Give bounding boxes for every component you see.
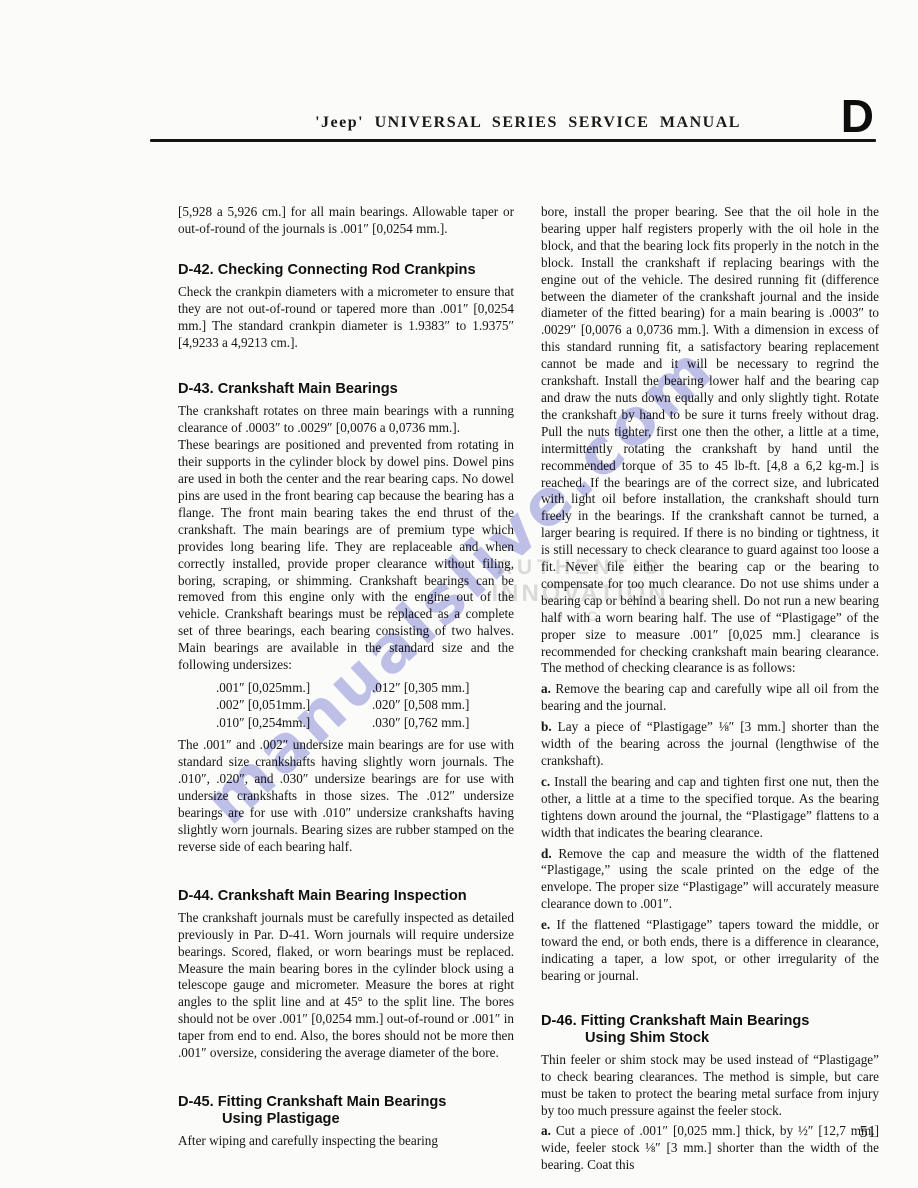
section-heading-d43: D-43. Crankshaft Main Bearings (178, 381, 514, 398)
text-columns: [5,928 a 5,926 cm.] for all main bearing… (178, 204, 879, 1174)
section-heading-d44: D-44. Crankshaft Main Bearing Inspection (178, 888, 514, 905)
intro-paragraph: [5,928 a 5,926 cm.] for all main bearing… (178, 204, 514, 238)
paragraph-d43-3: The .001″ and .002″ undersize main beari… (178, 737, 514, 855)
step-label: a. (541, 681, 551, 696)
step-label: e. (541, 917, 550, 932)
step-text: Install the bearing and cap and tighten … (541, 774, 879, 840)
continued-paragraph: bore, install the proper bearing. See th… (541, 204, 879, 677)
step-label: c. (541, 774, 550, 789)
left-column: [5,928 a 5,926 cm.] for all main bearing… (178, 204, 514, 1174)
step-label: d. (541, 846, 552, 861)
step-item-d46-a: a. Cut a piece of .001″ [0,025 mm.] thic… (541, 1123, 879, 1174)
step-item-c: c. Install the bearing and cap and tight… (541, 774, 879, 842)
table-row: .001″ [0,025mm.] .012″ [0,305 mm.] (216, 679, 514, 697)
table-cell: .002″ [0,051mm.] (216, 696, 358, 714)
paragraph-d43-2: These bearings are positioned and preven… (178, 437, 514, 674)
page-title: 'Jeep' UNIVERSAL SERIES SERVICE MANUAL (178, 114, 878, 132)
paragraph-d42: Check the crankpin diameters with a micr… (178, 284, 514, 352)
page-number: 51 (860, 1122, 877, 1142)
table-cell: .010″ [0,254mm.] (216, 714, 358, 732)
step-item-b: b. Lay a piece of “Plastigage” ⅛″ [3 mm.… (541, 719, 879, 770)
paragraph-d44: The crankshaft journals must be carefull… (178, 910, 514, 1062)
step-text: Lay a piece of “Plastigage” ⅛″ [3 mm.] s… (541, 719, 879, 768)
section-heading-d46: D-46. Fitting Crankshaft Main Bearings U… (541, 1013, 879, 1047)
step-label: b. (541, 719, 552, 734)
header-rule (150, 139, 876, 142)
step-item-e: e. If the flattened “Plastigage” tapers … (541, 917, 879, 985)
heading-line-2: Using Plastigage (178, 1111, 514, 1128)
table-cell: .012″ [0,305 mm.] (372, 679, 514, 697)
right-column: bore, install the proper bearing. See th… (541, 204, 879, 1174)
section-heading-d42: D-42. Checking Connecting Rod Crankpins (178, 262, 514, 279)
step-label: a. (541, 1123, 551, 1138)
section-heading-d45: D-45. Fitting Crankshaft Main Bearings U… (178, 1094, 514, 1128)
manual-page: 'Jeep' UNIVERSAL SERIES SERVICE MANUAL D… (0, 0, 918, 1188)
table-cell: .030″ [0,762 mm.] (372, 714, 514, 732)
heading-line-1: D-46. Fitting Crankshaft Main Bearings (541, 1013, 809, 1029)
table-row: .002″ [0,051mm.] .020″ [0,508 mm.] (216, 696, 514, 714)
step-text: If the flattened “Plastigage” tapers tow… (541, 917, 879, 983)
undersize-table: .001″ [0,025mm.] .012″ [0,305 mm.] .002″… (216, 679, 514, 732)
step-item-a: a. Remove the bearing cap and carefully … (541, 681, 879, 715)
table-row: .010″ [0,254mm.] .030″ [0,762 mm.] (216, 714, 514, 732)
heading-line-1: D-45. Fitting Crankshaft Main Bearings (178, 1094, 446, 1110)
step-text: Remove the cap and measure the width of … (541, 846, 879, 912)
paragraph-d45: After wiping and carefully inspecting th… (178, 1133, 514, 1150)
step-item-d: d. Remove the cap and measure the width … (541, 846, 879, 914)
paragraph-d43-1: The crankshaft rotates on three main bea… (178, 403, 514, 437)
table-cell: .001″ [0,025mm.] (216, 679, 358, 697)
step-text: Cut a piece of .001″ [0,025 mm.] thick, … (541, 1123, 879, 1172)
section-letter: D (841, 93, 874, 139)
heading-line-2: Using Shim Stock (541, 1030, 879, 1047)
table-cell: .020″ [0,508 mm.] (372, 696, 514, 714)
step-text: Remove the bearing cap and carefully wip… (541, 681, 879, 713)
paragraph-d46: Thin feeler or shim stock may be used in… (541, 1052, 879, 1120)
